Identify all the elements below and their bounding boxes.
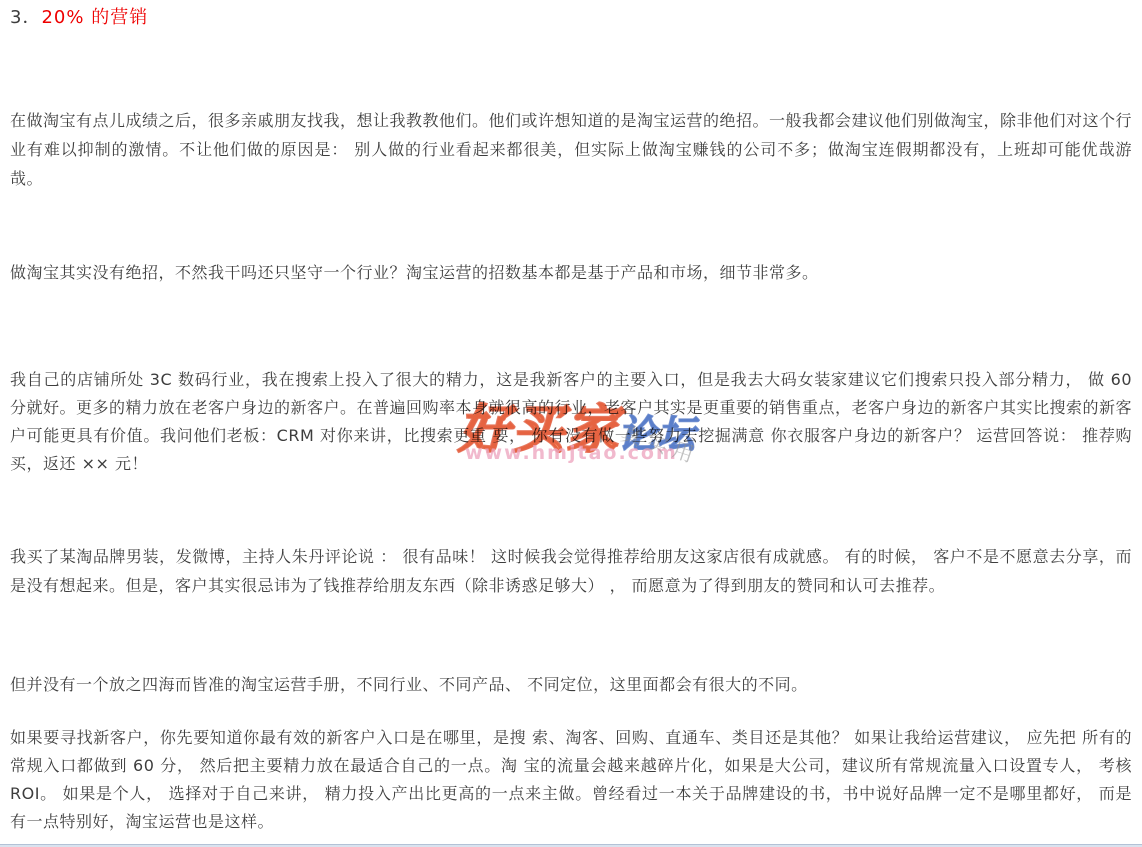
paragraph-4: 我买了某淘品牌男装，发微博，主持人朱丹评论说 ： 很有品味！ 这时候我会觉得推荐… — [10, 542, 1132, 600]
paragraph-1: 在做淘宝有点儿成绩之后，很多亲戚朋友找我，想让我教教他们。他们或许想知道的是淘宝… — [10, 106, 1132, 193]
paragraph-5: 但并没有一个放之四海而皆准的淘宝运营手册，不同行业、不同产品、 不同定位，这里面… — [10, 670, 1132, 699]
section-number: 3． — [10, 7, 41, 28]
section-title: 的营销 — [84, 7, 148, 28]
article-body: 3．20% 的营销 在做淘宝有点儿成绩之后，很多亲戚朋友找我，想让我教教他们。他… — [0, 6, 1142, 836]
paragraph-6: 如果要寻找新客户，你先要知道你最有效的新客户入口是在哪里，是搜 索、淘客、回购、… — [10, 724, 1132, 836]
section-heading: 3．20% 的营销 — [10, 6, 1132, 30]
section-highlight: 20% — [41, 7, 84, 28]
document-page: 3．20% 的营销 在做淘宝有点儿成绩之后，很多亲戚朋友找我，想让我教教他们。他… — [0, 0, 1142, 847]
paragraph-3: 我自己的店铺所处 3C 数码行业，我在搜索上投入了很大的精力，这是我新客户的主要… — [10, 366, 1132, 478]
paragraph-2: 做淘宝其实没有绝招，不然我干吗还只坚守一个行业？淘宝运营的招数基本都是基于产品和… — [10, 258, 1132, 287]
